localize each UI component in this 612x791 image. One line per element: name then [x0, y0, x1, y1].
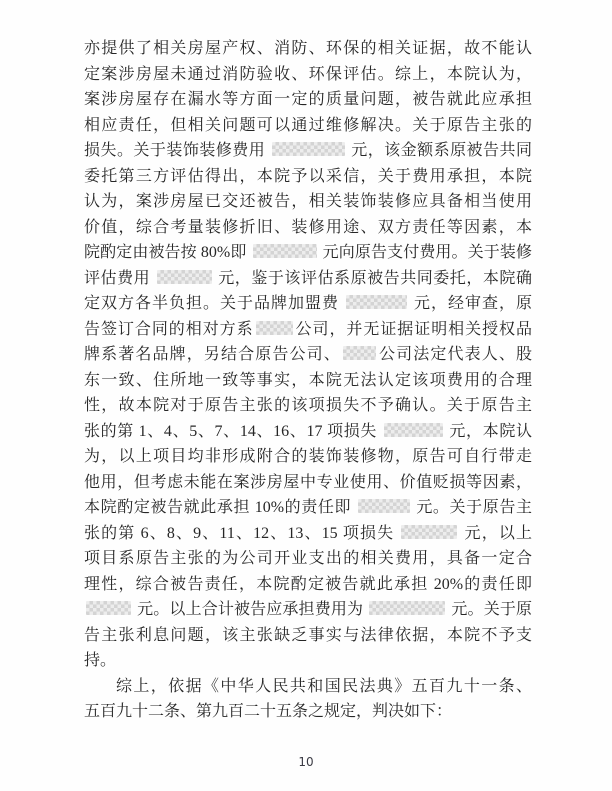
- text-line: 为，以上项目均非形成附合的装饰装修物，原告可自行带走: [84, 444, 532, 470]
- text-line: 理性，综合被告责任，本院酌定被告就此承担 20%的责任即: [84, 572, 532, 598]
- text-segment: 相应责任，但相关问题可以通过维修解决。关于原告主张的: [84, 117, 532, 134]
- text-line: 项目系原告主张的为公司开业支出的相关费用，具备一定合: [84, 546, 532, 572]
- text-segment: 项目系原告主张的为公司开业支出的相关费用，具备一定合: [84, 550, 532, 567]
- text-line: 定双方各半负担。关于品牌加盟费 元，经审查，原: [84, 291, 532, 317]
- redaction-box: [272, 142, 345, 156]
- text-segment: 张的第 1、4、5、7、14、16、17 项损失: [84, 423, 382, 440]
- text-line: 东一致、住所地一致等事实，本院无法认定该项费用的合理: [84, 368, 532, 394]
- text-segment: 告主张利息问题，该主张缺乏事实与法律依据，本院不予支: [84, 627, 532, 644]
- text-line: 委托第三方评估得出，本院予以采信，关于费用承担，本院: [84, 164, 532, 190]
- judgment-text: 亦提供了相关房屋产权、消防、环保的相关证据，故不能认定案涉房屋未通过消防验收、环…: [84, 36, 532, 725]
- redaction-box: [256, 321, 293, 335]
- text-line: 亦提供了相关房屋产权、消防、环保的相关证据，故不能认: [84, 36, 532, 62]
- text-segment: 性，故本院对于原告主张的该项损失不予确认。关于原告主: [84, 397, 532, 414]
- text-line: 损失。关于装饰装修费用 元，该金额系原被告共同: [84, 138, 532, 164]
- text-line: 五百九十二条、第九百二十五条之规定，判决如下：: [84, 699, 532, 725]
- text-segment: 为，以上项目均非形成附合的装饰装修物，原告可自行带走: [84, 448, 532, 465]
- text-segment: 告签订合同的相对方系: [84, 321, 254, 338]
- text-segment: 元，本院认: [445, 423, 532, 440]
- text-segment: 定双方各半负担。关于品牌加盟费: [84, 295, 344, 312]
- text-line: 性，故本院对于原告主张的该项损失不予确认。关于原告主: [84, 393, 532, 419]
- redaction-box: [384, 423, 443, 437]
- text-segment: 持。: [84, 652, 116, 669]
- text-segment: 张的第 6、8、9、11、12、13、15 项损失: [84, 525, 399, 542]
- text-segment: 元，该金额系原被告共同: [347, 142, 532, 159]
- redaction-box: [253, 244, 317, 258]
- text-segment: 元，以上: [459, 525, 532, 542]
- page-number: 10: [0, 755, 612, 769]
- text-segment: 元，鉴于该评估系原被告共同委托，本院确: [214, 270, 532, 287]
- text-segment: 定案涉房屋未通过消防验收、环保评估。综上，本院认为，: [84, 66, 532, 83]
- text-segment: 院酌定由被告按 80%即: [84, 244, 251, 261]
- redaction-box: [358, 499, 410, 513]
- text-line: 定案涉房屋未通过消防验收、环保评估。综上，本院认为，: [84, 62, 532, 88]
- text-segment: 元。关于原告主: [412, 499, 532, 516]
- document-page: 亦提供了相关房屋产权、消防、环保的相关证据，故不能认定案涉房屋未通过消防验收、环…: [0, 0, 612, 791]
- text-segment: 他用，但考虑未能在案涉房屋中专业使用、价值贬损等因素，: [84, 474, 532, 491]
- text-line: 他用，但考虑未能在案涉房屋中专业使用、价值贬损等因素，: [84, 470, 532, 496]
- text-segment: 综上，依据《中华人民共和国民法典》五百九十一条、: [116, 678, 532, 695]
- text-line: 张的第 6、8、9、11、12、13、15 项损失 元，以上: [84, 521, 532, 547]
- text-segment: 案涉房屋存在漏水等方面一定的质量问题，被告就此应承担: [84, 91, 532, 108]
- text-segment: 五百九十二条、第九百二十五条之规定，判决如下：: [84, 703, 452, 720]
- text-line: 价值，综合考量装修折旧、装修用途、双方责任等因素，本: [84, 215, 532, 241]
- text-line: 案涉房屋存在漏水等方面一定的质量问题，被告就此应承担: [84, 87, 532, 113]
- text-segment: 牌系著名品牌，另结合原告公司、: [84, 346, 341, 363]
- text-segment: 元。以上合计被告应承担费用为: [133, 601, 367, 618]
- text-line: 元。以上合计被告应承担费用为 元。关于原: [84, 597, 532, 623]
- text-segment: 理性，综合被告责任，本院酌定被告就此承担 20%的责任即: [84, 576, 532, 593]
- text-line: 认为，案涉房屋已交还被告，相关装饰装修应具备相当使用: [84, 189, 532, 215]
- redaction-box: [343, 346, 376, 360]
- text-segment: 元。关于原: [447, 601, 532, 618]
- text-segment: 认为，案涉房屋已交还被告，相关装饰装修应具备相当使用: [84, 193, 532, 210]
- text-line: 持。: [84, 648, 532, 674]
- redaction-box: [86, 601, 131, 615]
- text-segment: 公司，并无证据证明相关授权品: [295, 321, 532, 338]
- text-segment: 公司法定代表人、股: [378, 346, 532, 363]
- redaction-box: [369, 601, 445, 615]
- text-segment: 亦提供了相关房屋产权、消防、环保的相关证据，故不能认: [84, 40, 532, 57]
- text-line: 评估费用 元，鉴于该评估系原被告共同委托，本院确: [84, 266, 532, 292]
- text-segment: 委托第三方评估得出，本院予以采信，关于费用承担，本院: [84, 168, 532, 185]
- text-line: 告主张利息问题，该主张缺乏事实与法律依据，本院不予支: [84, 623, 532, 649]
- text-segment: 元向原告支付费用。关于装修: [319, 244, 532, 261]
- redaction-box: [401, 525, 457, 539]
- text-segment: 东一致、住所地一致等事实，本院无法认定该项费用的合理: [84, 372, 532, 389]
- text-line: 牌系著名品牌，另结合原告公司、公司法定代表人、股: [84, 342, 532, 368]
- text-line: 张的第 1、4、5、7、14、16、17 项损失 元，本院认: [84, 419, 532, 445]
- text-segment: 损失。关于装饰装修费用: [84, 142, 270, 159]
- redaction-box: [157, 270, 212, 284]
- redaction-box: [346, 295, 407, 309]
- text-segment: 元，经审查，原: [409, 295, 532, 312]
- text-line: 院酌定由被告按 80%即 元向原告支付费用。关于装修: [84, 240, 532, 266]
- text-line: 本院酌定被告就此承担 10%的责任即 元。关于原告主: [84, 495, 532, 521]
- text-line: 相应责任，但相关问题可以通过维修解决。关于原告主张的: [84, 113, 532, 139]
- text-segment: 本院酌定被告就此承担 10%的责任即: [84, 499, 356, 516]
- text-line: 告签订合同的相对方系公司，并无证据证明相关授权品: [84, 317, 532, 343]
- text-segment: 评估费用: [84, 270, 155, 287]
- text-segment: 价值，综合考量装修折旧、装修用途、双方责任等因素，本: [84, 219, 532, 236]
- text-line: 综上，依据《中华人民共和国民法典》五百九十一条、: [84, 674, 532, 700]
